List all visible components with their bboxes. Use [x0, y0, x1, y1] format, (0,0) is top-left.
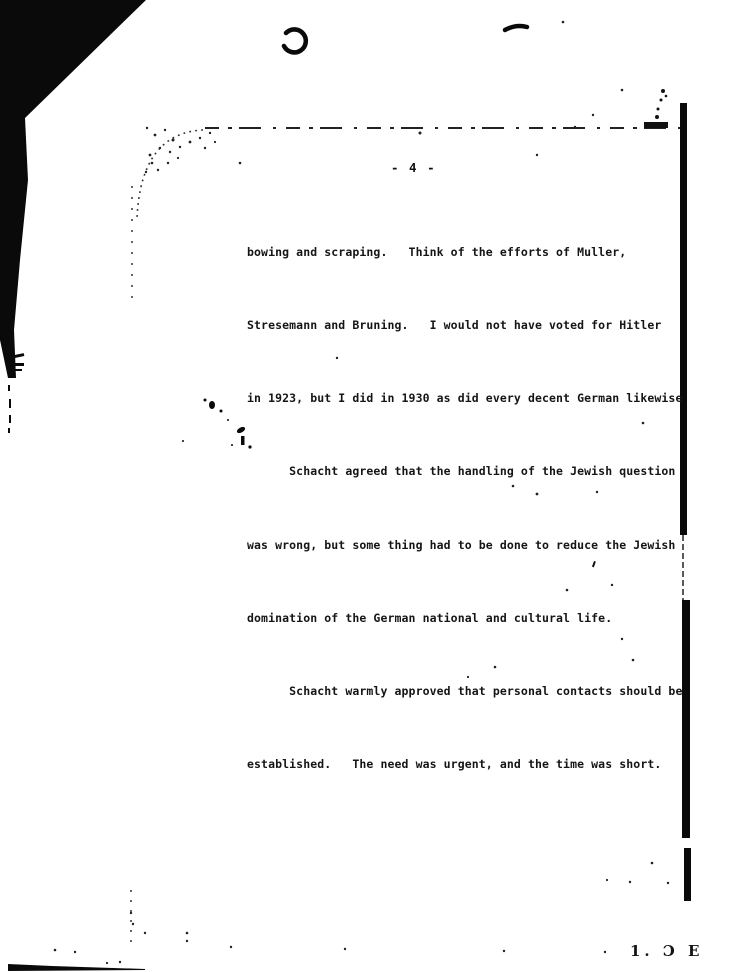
body-line: established. The need was urgent, and th… [247, 752, 687, 776]
page-corner-dotted-curve [137, 130, 203, 218]
body-line: bowing and scraping. Think of the effort… [247, 240, 687, 264]
scan-corner-shadow-top-left [0, 0, 146, 378]
body-line: Stresemann and Bruning. I would not have… [247, 313, 687, 337]
body-line: Schacht agreed that the handling of the … [247, 459, 687, 483]
top-right-dash-mark [505, 26, 527, 30]
body-line: was wrong, but some thing had to be done… [247, 533, 687, 557]
ink-scribble-cluster [182, 399, 252, 449]
scan-edge-sliver-bottom-left [8, 964, 145, 971]
body-line: domination of the German national and cu… [247, 606, 687, 630]
page-number: - 4 - [391, 160, 436, 175]
stamp-fragment: 1. Ɔ E [630, 942, 703, 960]
body-text-block: bowing and scraping. Think of the effort… [247, 191, 687, 825]
right-edge-scribble [651, 89, 668, 128]
ring-mark [284, 29, 306, 52]
body-line: in 1923, but I did in 1930 as did every … [247, 386, 687, 410]
page-top-edge-dark-blob [644, 122, 668, 128]
left-edge-scribble [8, 353, 24, 433]
body-line: Schacht warmly approved that personal co… [247, 679, 687, 703]
scanned-document-page: - 4 - bowing and scraping. Think of the … [0, 0, 750, 972]
